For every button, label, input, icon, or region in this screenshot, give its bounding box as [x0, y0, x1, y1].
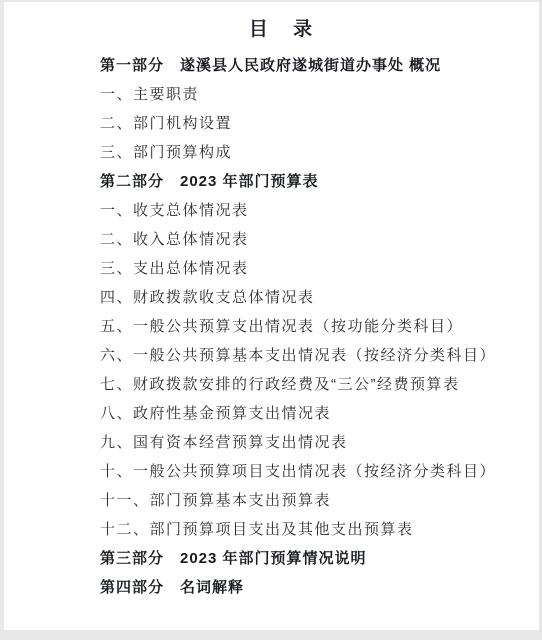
- toc-item: 八、政府性基金预算支出情况表: [100, 398, 521, 427]
- toc-item: 九、国有资本经营预算支出情况表: [100, 427, 521, 456]
- toc-item: 六、一般公共预算基本支出情况表（按经济分类科目）: [100, 340, 521, 369]
- toc-item: 五、一般公共预算支出情况表（按功能分类科目）: [100, 311, 521, 340]
- toc-item: 一、收支总体情况表: [100, 195, 521, 224]
- toc-item: 三、部门预算构成: [100, 137, 521, 166]
- toc-section-heading: 第四部分 名词解释: [100, 572, 521, 601]
- toc-section-heading: 第三部分 2023 年部门预算情况说明: [100, 543, 521, 572]
- toc-section-heading: 第二部分 2023 年部门预算表: [100, 166, 521, 195]
- document-page: 目 录 第一部分 遂溪县人民政府遂城街道办事处 概况一、主要职责二、部门机构设置…: [4, 2, 539, 630]
- toc-item: 二、收入总体情况表: [100, 224, 521, 253]
- toc-section-heading: 第一部分 遂溪县人民政府遂城街道办事处 概况: [100, 50, 521, 79]
- toc-item: 三、支出总体情况表: [100, 253, 521, 282]
- toc-item: 一、主要职责: [100, 79, 521, 108]
- toc-item: 四、财政拨款收支总体情况表: [100, 282, 521, 311]
- toc-list: 第一部分 遂溪县人民政府遂城街道办事处 概况一、主要职责二、部门机构设置三、部门…: [100, 50, 521, 601]
- toc-item: 七、财政拨款安排的行政经费及“三公”经费预算表: [100, 369, 521, 398]
- toc-item: 二、部门机构设置: [100, 108, 521, 137]
- toc-item: 十、一般公共预算项目支出情况表（按经济分类科目）: [100, 456, 521, 485]
- toc-item: 十二、部门预算项目支出及其他支出预算表: [100, 514, 521, 543]
- toc-title: 目 录: [70, 16, 491, 50]
- toc-item: 十一、部门预算基本支出预算表: [100, 485, 521, 514]
